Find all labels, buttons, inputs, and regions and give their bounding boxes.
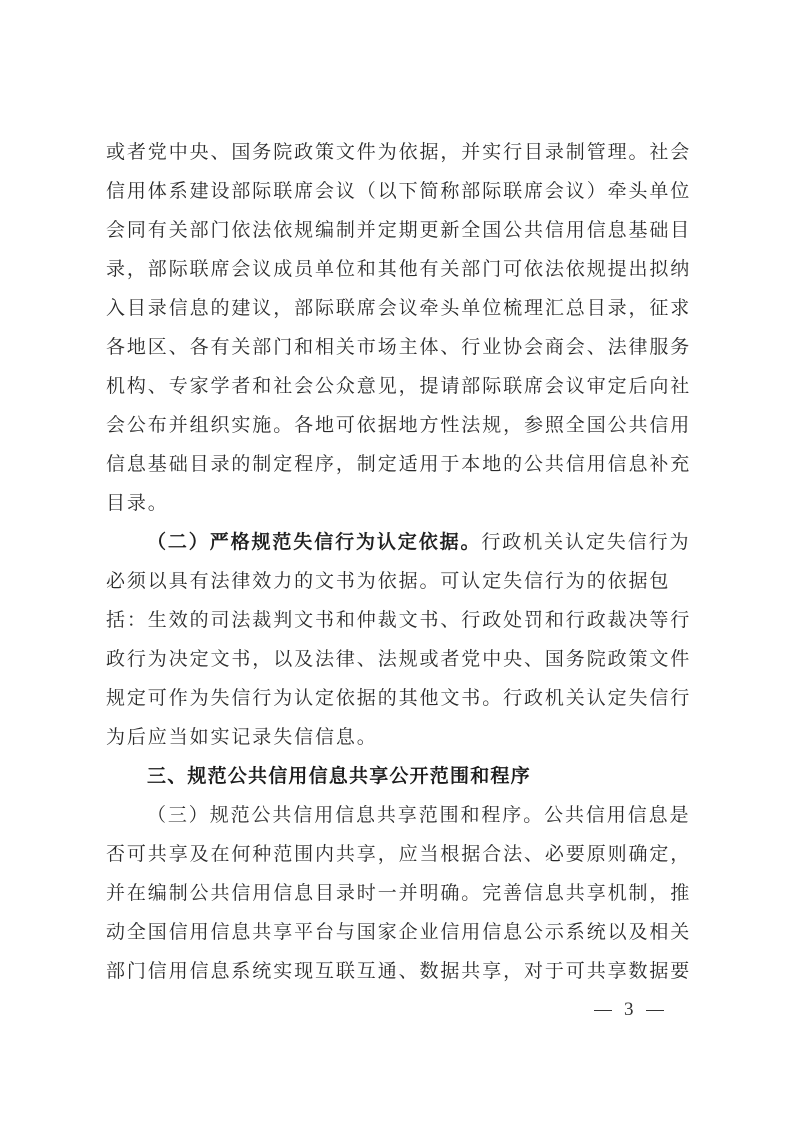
section-2-first-line: （二）严格规范失信行为认定依据。行政机关认定失信行为 <box>106 523 696 562</box>
paragraph-line: 机构、专家学者和社会公众意见，提请部际联席会议审定后向社 <box>106 367 696 406</box>
paragraph-line: 必须以具有法律效力的文书为依据。可认定失信行为的依据包 <box>106 562 696 601</box>
section-3-lead: （三）规范公共信用信息共享范围和程序。 <box>147 804 544 826</box>
paragraph-line: 政行为决定文书，以及法律、法规或者党中央、国务院政策文件 <box>106 640 696 679</box>
paragraph-line: 或者党中央、国务院政策文件为依据，并实行目录制管理。社会 <box>106 133 696 172</box>
paragraph-line: 否可共享及在何种范围内共享，应当根据合法、必要原则确定， <box>106 835 696 874</box>
paragraph-line: 各地区、各有关部门和相关市场主体、行业协会商会、法律服务 <box>106 328 696 367</box>
paragraph-line: 动全国信用信息共享平台与国家企业信用信息公示系统以及相关 <box>106 913 696 952</box>
section-heading-3: 三、规范公共信用信息共享公开范围和程序 <box>106 757 696 796</box>
paragraph-line: 为后应当如实记录失信信息。 <box>106 718 696 757</box>
paragraph-line: 部门信用信息系统实现互联互通、数据共享，对于可共享数据要 <box>106 952 696 991</box>
dash-left <box>594 1010 612 1011</box>
paragraph-line: 括：生效的司法裁判文书和仲裁文书、行政处罚和行政裁决等行 <box>106 601 696 640</box>
paragraph-line: 会同有关部门依法依规编制并定期更新全国公共信用信息基础目 <box>106 211 696 250</box>
page-number-value: 3 <box>624 998 634 1022</box>
paragraph-line: 会公布并组织实施。各地可依据地方性法规，参照全国公共信用 <box>106 406 696 445</box>
section-2-first-line-text: 行政机关认定失信行为 <box>481 531 690 553</box>
paragraph-line: 信息基础目录的制定程序，制定适用于本地的公共信用信息补充 <box>106 445 696 484</box>
section-3-first-line: （三）规范公共信用信息共享范围和程序。公共信用信息是 <box>106 796 696 835</box>
document-body: 或者党中央、国务院政策文件为依据，并实行目录制管理。社会 信用体系建设部际联席会… <box>106 133 696 991</box>
section-3-first-line-text: 公共信用信息是 <box>544 804 690 826</box>
page-number: 3 <box>594 998 674 1022</box>
paragraph-line: 规定可作为失信行为认定依据的其他文书。行政机关认定失信行 <box>106 679 696 718</box>
dash-right <box>646 1010 664 1011</box>
paragraph-line: 并在编制公共信用信息目录时一并明确。完善信息共享机制，推 <box>106 874 696 913</box>
paragraph-line: 入目录信息的建议，部际联席会议牵头单位梳理汇总目录，征求 <box>106 289 696 328</box>
section-2-lead: （二）严格规范失信行为认定依据。 <box>147 531 481 553</box>
document-page: 或者党中央、国务院政策文件为依据，并实行目录制管理。社会 信用体系建设部际联席会… <box>0 0 794 1123</box>
paragraph-line: 录，部际联席会议成员单位和其他有关部门可依法依规提出拟纳 <box>106 250 696 289</box>
paragraph-line: 目录。 <box>106 484 696 523</box>
paragraph-line: 信用体系建设部际联席会议（以下简称部际联席会议）牵头单位 <box>106 172 696 211</box>
